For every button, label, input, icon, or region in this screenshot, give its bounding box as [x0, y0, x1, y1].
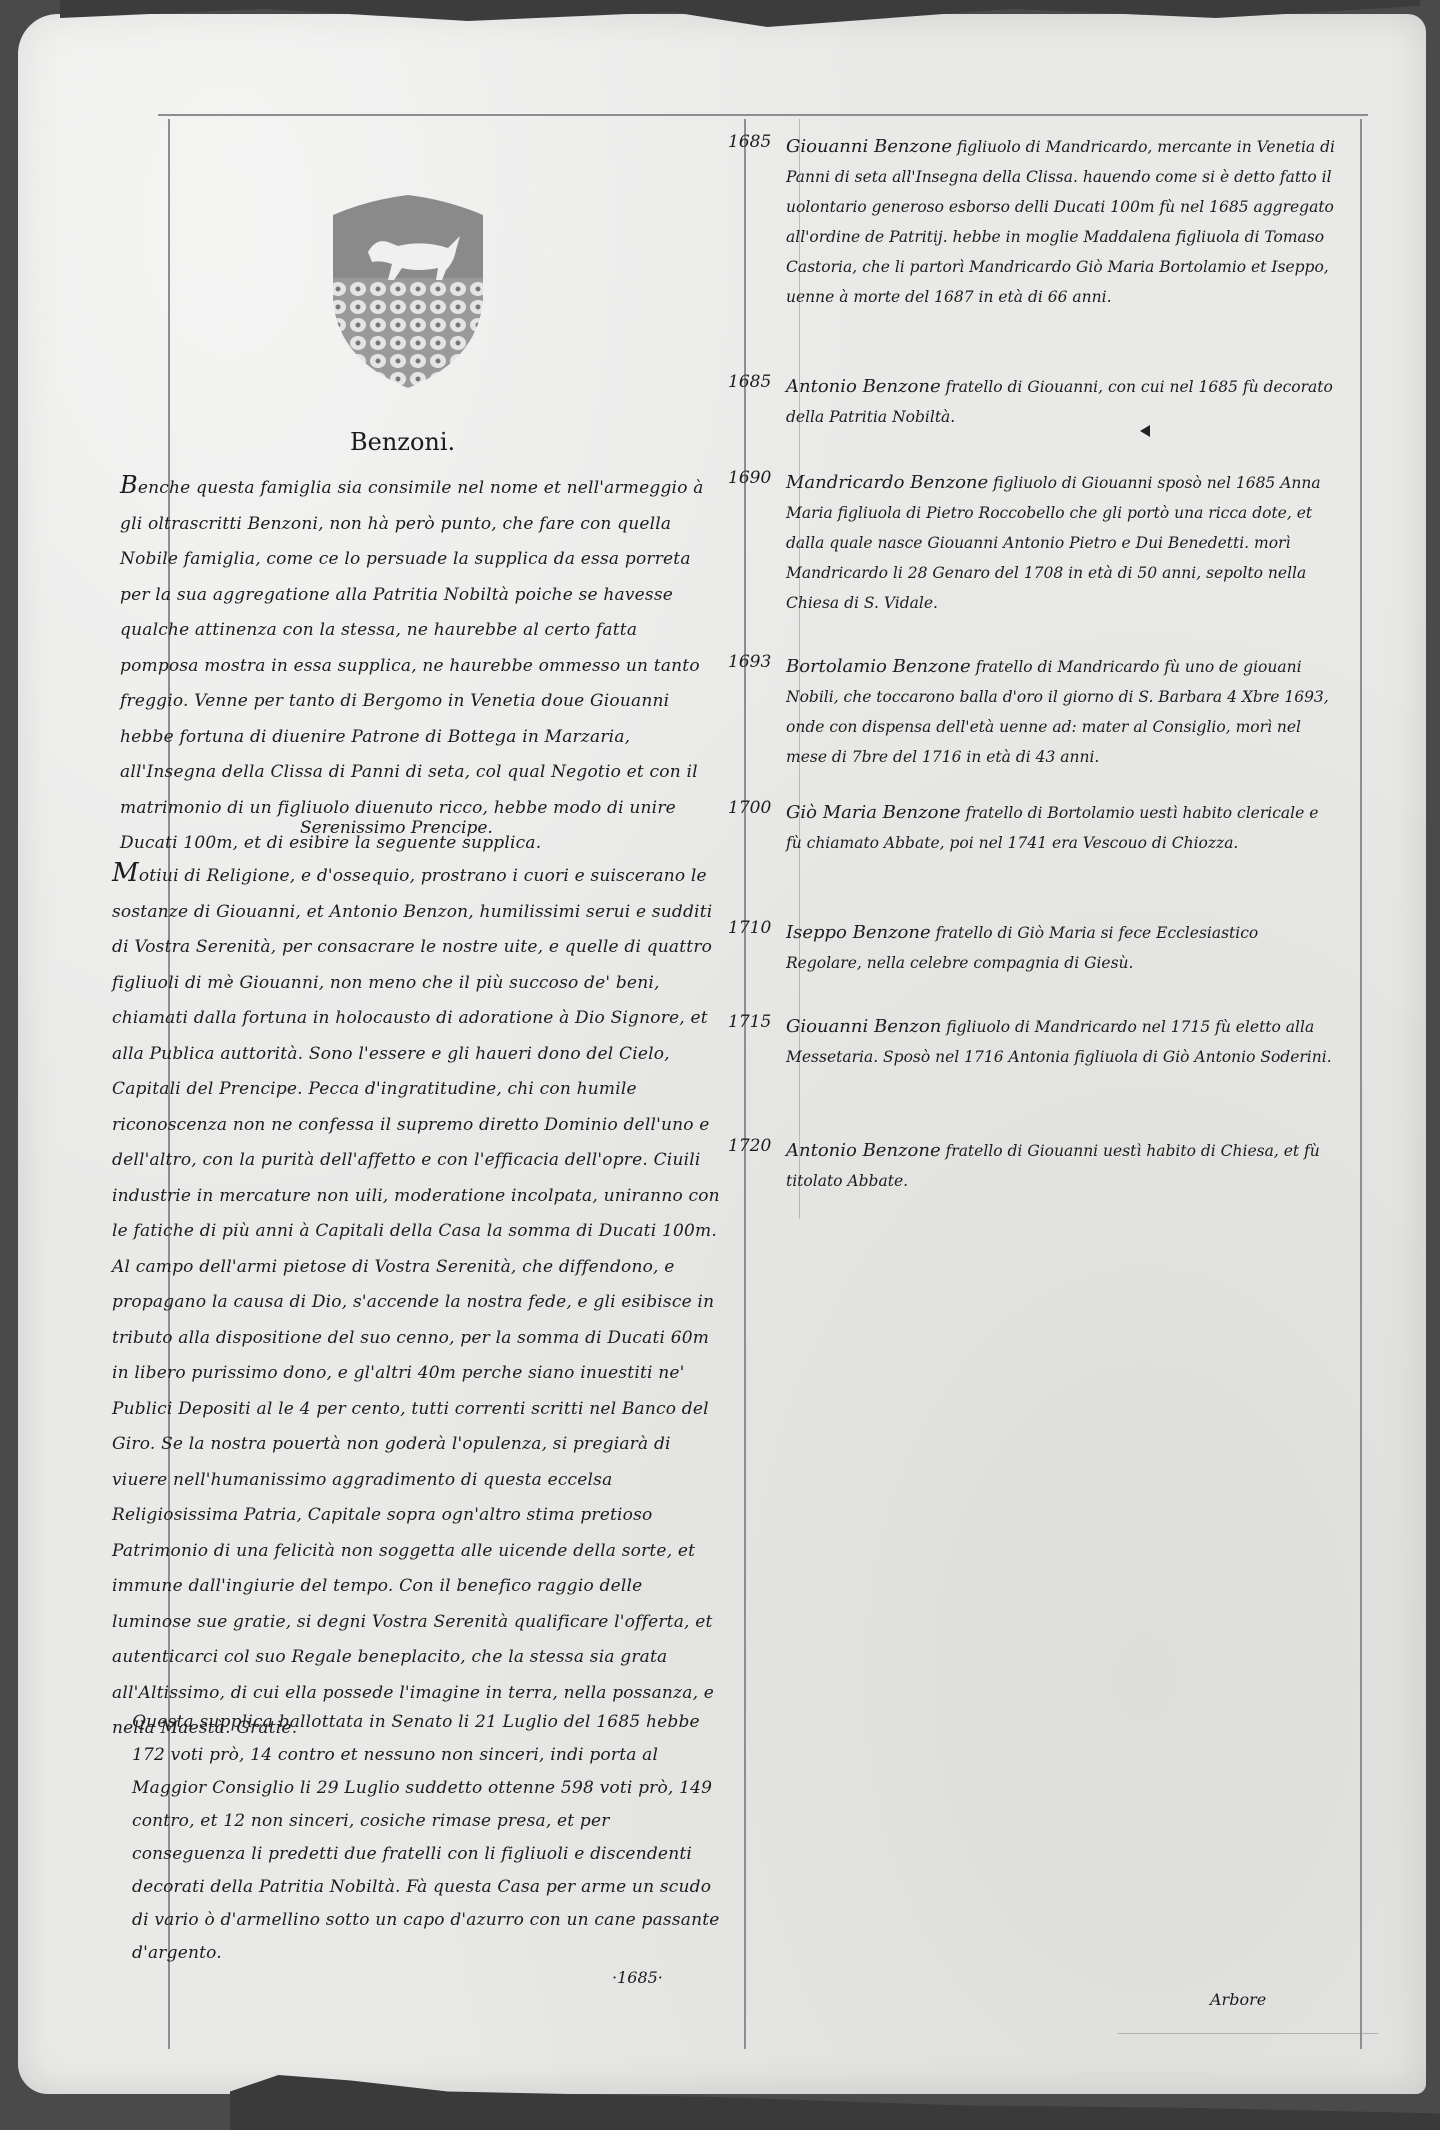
entry-year: 1693	[728, 652, 782, 672]
column-divider-rule	[744, 119, 746, 2049]
entry-name: Giouanni Benzon	[786, 1016, 941, 1037]
right-margin-rule	[1360, 119, 1362, 2049]
top-margin-rule	[158, 114, 1368, 116]
family-title: Benzoni.	[350, 428, 455, 456]
petition-paragraph: Motiui di Religione, e d'ossequio, prost…	[112, 856, 722, 1747]
entry-name: Giò Maria Benzone	[786, 802, 961, 823]
entry-name: Mandricardo Benzone	[786, 472, 988, 493]
entry-name: Iseppo Benzone	[786, 922, 931, 943]
ballot-note-paragraph: Questa supplica ballottata in Senato li …	[132, 1706, 722, 1970]
entry-year: 1715	[728, 1012, 782, 1032]
intro-text: enche questa famiglia sia consimile nel …	[120, 478, 704, 853]
drop-initial: B	[120, 471, 138, 499]
drop-initial: M	[112, 858, 139, 888]
petition-text: otiui di Religione, e d'ossequio, prostr…	[112, 866, 720, 1738]
entry-name: Bortolamio Benzone	[786, 656, 971, 677]
introduction-paragraph: Benche questa famiglia sia consimile nel…	[120, 468, 720, 862]
entry-name: Giouanni Benzone	[786, 136, 952, 157]
pointer-mark-icon	[1140, 425, 1150, 437]
entry-year: 1720	[728, 1136, 782, 1156]
entry-year: 1685	[728, 132, 782, 152]
corner-label: Arbore	[1210, 1990, 1266, 2009]
footer-year: ·1685·	[612, 1968, 663, 1987]
bottom-rule	[1118, 2033, 1378, 2034]
entry-year: 1690	[728, 468, 782, 488]
salutation: Serenissimo Prencipe.	[300, 818, 493, 838]
note-text: uesta supplica ballottata in Senato li 2…	[132, 1712, 720, 1963]
entry-name: Antonio Benzone	[786, 376, 941, 397]
entry-name: Antonio Benzone	[786, 1140, 941, 1161]
coat-of-arms-icon	[328, 190, 488, 390]
entry-text: figliuolo di Mandricardo, mercante in Ve…	[786, 138, 1335, 306]
entry-year: 1685	[728, 372, 782, 392]
entry-year: 1710	[728, 918, 782, 938]
entry-text: figliuolo di Giouanni sposò nel 1685 Ann…	[786, 474, 1321, 612]
drop-initial: Q	[132, 1712, 146, 1732]
entry-year: 1700	[728, 798, 782, 818]
